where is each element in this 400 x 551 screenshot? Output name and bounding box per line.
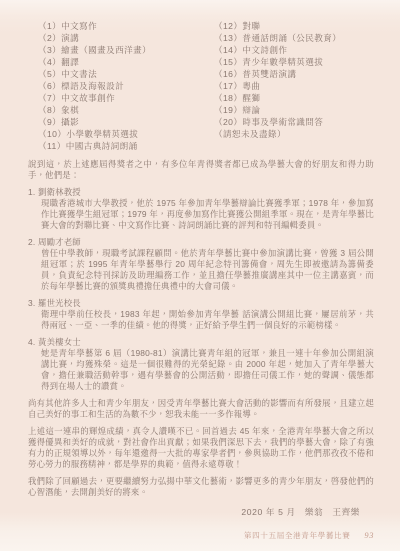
list-item-note: （請恕未及盡錄） <box>214 128 374 140</box>
list-item: （14）中文詩創作 <box>214 44 374 56</box>
person-number: 4. <box>28 337 38 348</box>
person-bio: 她是青年學藝第 6 屆（1980-81）演講比賽青年組的冠軍，兼且一連十年參加公… <box>41 348 374 392</box>
list-item: （2）演講 <box>38 32 214 44</box>
list-item: （20）時事及學術常識問答 <box>214 116 374 128</box>
closing-paragraph-1: 尚有其他許多人士和青少年朋友，因受青年學藝比賽大會活動的影響而有所發展，且建立起… <box>28 398 374 420</box>
person-bio: 現職香港城市大學教授，他於 1975 年參加青年學藝辯論比賽獲季軍；1978 年… <box>41 198 374 231</box>
award-list-left-column: （1）中文寫作 （2）演講 （3）繪畫（國畫及西洋畫） （4）翻譯 （5）中文書… <box>38 20 214 152</box>
person-name: 4.黃美樓女士 <box>28 337 374 348</box>
list-item: （15）青少年數學精英選拔 <box>214 56 374 68</box>
list-item: （10）小學數學精英選拔 <box>38 128 214 140</box>
list-item: （19）辯論 <box>214 104 374 116</box>
footer-title: 第四十五屆全港青年學藝比賽 <box>244 530 351 541</box>
list-item: （17）粵曲 <box>214 80 374 92</box>
list-item: （6）標語及海報設計 <box>38 80 214 92</box>
closing-paragraph-3: 我們除了回顧過去，更要繼續努力弘揚中華文化藝術，影響更多的青少年朋友，啓發他們的… <box>28 476 374 498</box>
list-item: （16）普英雙語演講 <box>214 68 374 80</box>
list-item: （12）對聯 <box>214 20 374 32</box>
person-entry-1: 1.劉衛林教授 現職香港城市大學教授，他於 1975 年參加青年學藝辯論比賽獲季… <box>28 187 374 231</box>
list-item: （4）翻譯 <box>38 56 214 68</box>
page-content: （1）中文寫作 （2）演講 （3）繪畫（國畫及西洋畫） （4）翻譯 （5）中文書… <box>0 0 400 518</box>
page-number: 93 <box>364 531 374 540</box>
list-item: （5）中文書法 <box>38 68 214 80</box>
closing-paragraph-2: 上述這一連串的輝煌成績，真令人讚嘆不已。回首過去 45 年來，全港青年學藝大會之… <box>28 426 374 470</box>
award-list-right-column: （12）對聯 （13）普通話朗誦（公民教育） （14）中文詩創作 （15）青少年… <box>214 20 374 152</box>
person-bio: 衛理中學前任校長，1983 年起，開始參加青年學藝 話演講公開組比賽，屢居前茅，… <box>41 309 374 331</box>
person-name-text: 劉衛林教授 <box>38 187 81 197</box>
list-item: （13）普通話朗誦（公民教育） <box>214 32 374 44</box>
person-number: 1. <box>28 187 38 198</box>
person-name: 1.劉衛林教授 <box>28 187 374 198</box>
person-bio: 曾任中學教師，現職考試課程顧問。他於青年學藝比賽中參加演講比賽，曾獲 3 屆公開… <box>41 248 374 292</box>
person-name-text: 周勵才老師 <box>38 237 81 247</box>
intro-paragraph: 說到這，於上述應屆得獎者之中，有多位年青得獎者都已成為學藝大會的好朋友和得力助手… <box>28 159 374 181</box>
list-item: （11）中國古典詩詞朗誦 <box>38 140 214 152</box>
person-name-text: 羅世光校長 <box>38 298 81 308</box>
list-item: （3）繪畫（國畫及西洋畫） <box>38 44 214 56</box>
person-name: 3.羅世光校長 <box>28 298 374 309</box>
page-footer: 第四十五屆全港青年學藝比賽 93 <box>244 530 374 541</box>
person-entry-4: 4.黃美樓女士 她是青年學藝第 6 屆（1980-81）演講比賽青年組的冠軍，兼… <box>28 337 374 392</box>
person-entry-3: 3.羅世光校長 衛理中學前任校長，1983 年起，開始參加青年學藝 話演講公開組… <box>28 298 374 331</box>
person-number: 3. <box>28 298 38 309</box>
list-item: （18）醒獅 <box>214 92 374 104</box>
person-name: 2.周勵才老師 <box>28 237 374 248</box>
list-item: （7）中文故事創作 <box>38 92 214 104</box>
person-name-text: 黃美樓女士 <box>38 337 81 347</box>
award-list: （1）中文寫作 （2）演講 （3）繪畫（國畫及西洋畫） （4）翻譯 （5）中文書… <box>38 20 374 152</box>
person-number: 2. <box>28 237 38 248</box>
person-entry-2: 2.周勵才老師 曾任中學教師，現職考試課程顧問。他於青年學藝比賽中參加演講比賽，… <box>28 237 374 292</box>
scanned-page: （1）中文寫作 （2）演講 （3）繪畫（國畫及西洋畫） （4）翻譯 （5）中文書… <box>0 0 400 551</box>
list-item: （1）中文寫作 <box>38 20 214 32</box>
signature-line: 2020 年 5 月 樂翁 王齊樂 <box>28 507 374 518</box>
list-item: （9）攝影 <box>38 116 214 128</box>
list-item: （8）象棋 <box>38 104 214 116</box>
